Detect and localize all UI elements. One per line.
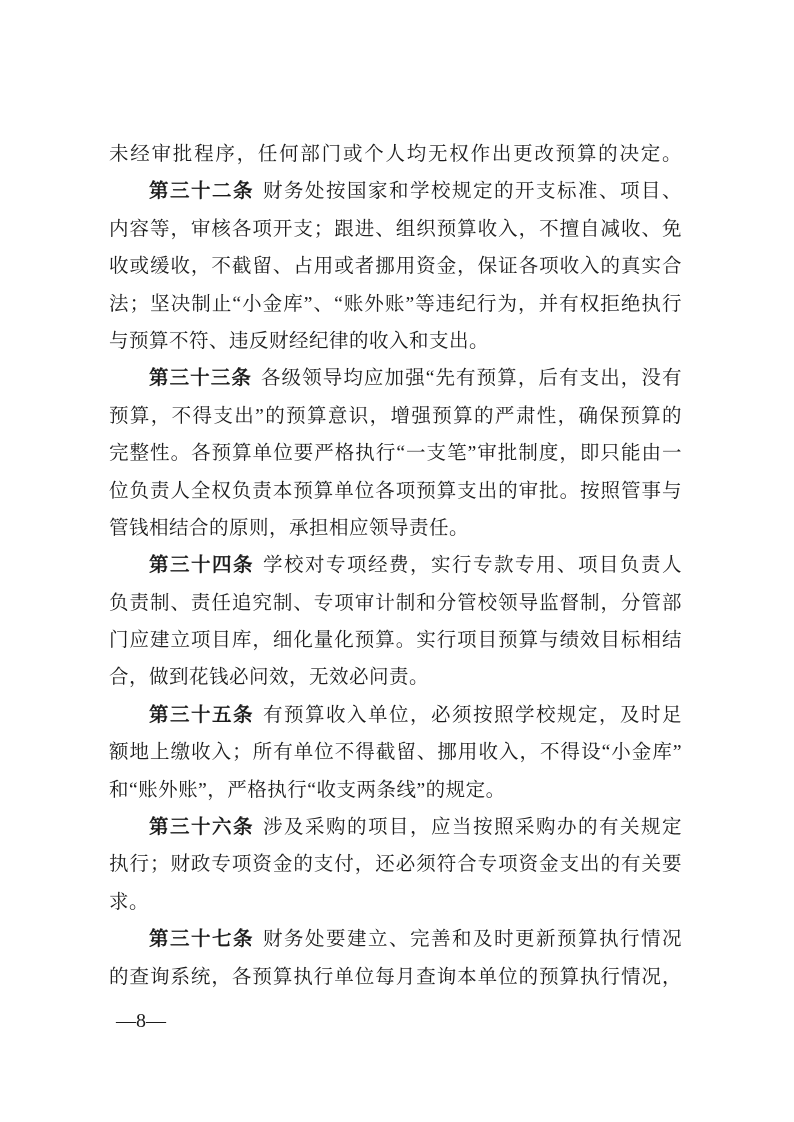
line-text: 管钱相结合的原则，承担相应领导责任。 [109, 518, 469, 539]
line-text: 财务处要建立、完善和及时更新预算执行情况 [263, 929, 682, 950]
text-line: 位负责人全权负责本预算单位各项预算支出的审批。按照管事与 [109, 473, 682, 510]
text-line: 第三十七条财务处要建立、完善和及时更新预算执行情况 [109, 921, 682, 958]
text-line: 第三十三条各级领导均应加强“先有预算，后有支出，没有 [109, 360, 682, 397]
line-text: 的查询系统，各预算执行单位每月查询本单位的预算执行情况， [109, 967, 682, 988]
paragraph: 第三十二条财务处按国家和学校规定的开支标准、项目、内容等，审核各项开支；跟进、组… [109, 173, 682, 360]
line-text: 门应建立项目库，细化量化预算。实行项目预算与绩效目标相结 [109, 630, 682, 651]
paragraph: 第三十六条涉及采购的项目，应当按照采购办的有关规定执行；财政专项资金的支付，还必… [109, 809, 682, 921]
line-text: 内容等，审核各项开支；跟进、组织预算收入，不擅自减收、免 [109, 219, 682, 240]
text-line: 第三十二条财务处按国家和学校规定的开支标准、项目、 [109, 173, 682, 210]
text-line: 的查询系统，各预算执行单位每月查询本单位的预算执行情况， [109, 959, 682, 996]
line-text: 与预算不符、违反财经纪律的收入和支出。 [109, 331, 489, 352]
paragraph: 第三十三条各级领导均应加强“先有预算，后有支出，没有预算，不得支出”的预算意识，… [109, 360, 682, 547]
text-line: 收或缓收，不截留、占用或者挪用资金，保证各项收入的真实合 [109, 248, 682, 285]
line-text: 各级领导均应加强“先有预算，后有支出，没有 [261, 368, 682, 389]
text-line: 与预算不符、违反财经纪律的收入和支出。 [109, 323, 682, 360]
paragraph: 第三十五条有预算收入单位，必须按照学校规定，及时足额地上缴收入；所有单位不得截留… [109, 697, 682, 809]
article-number: 第三十六条 [149, 817, 254, 838]
line-text: 学校对专项经费，实行专款专用、项目负责人 [263, 555, 682, 576]
text-line: 负责制、责任追究制、专项审计制和分管校领导监督制，分管部 [109, 585, 682, 622]
line-text: 和“账外账”，严格执行“收支两条线”的规定。 [109, 780, 506, 801]
line-text: 完整性。各预算单位要严格执行“一支笔”审批制度，即只能由一 [109, 443, 682, 464]
text-line: 第三十四条学校对专项经费，实行专款专用、项目负责人 [109, 547, 682, 584]
paragraph: 第三十四条学校对专项经费，实行专款专用、项目负责人负责制、责任追究制、专项审计制… [109, 547, 682, 697]
article-number: 第三十四条 [149, 555, 254, 576]
line-text: 收或缓收，不截留、占用或者挪用资金，保证各项收入的真实合 [109, 256, 682, 277]
text-line: 完整性。各预算单位要严格执行“一支笔”审批制度，即只能由一 [109, 435, 682, 472]
text-line: 额地上缴收入；所有单位不得截留、挪用收入，不得设“小金库” [109, 734, 682, 771]
text-line: 第三十六条涉及采购的项目，应当按照采购办的有关规定 [109, 809, 682, 846]
line-text: 合，做到花钱必问效，无效必问责。 [109, 667, 429, 688]
article-number: 第三十二条 [149, 181, 254, 202]
article-number: 第三十七条 [149, 929, 254, 950]
line-text: 预算，不得支出”的预算意识，增强预算的严肃性，确保预算的 [109, 406, 682, 427]
line-text: 涉及采购的项目，应当按照采购办的有关规定 [263, 817, 682, 838]
document-body: 未经审批程序，任何部门或个人均无权作出更改预算的决定。第三十二条财务处按国家和学… [109, 136, 682, 996]
line-text: 未经审批程序，任何部门或个人均无权作出更改预算的决定。 [109, 144, 682, 165]
line-text: 有预算收入单位，必须按照学校规定，及时足 [263, 705, 682, 726]
line-text: 法；坚决制止“小金库”、“账外账”等违纪行为，并有权拒绝执行 [109, 294, 682, 315]
article-number: 第三十三条 [149, 368, 252, 389]
line-text: 求。 [109, 892, 149, 913]
text-line: 法；坚决制止“小金库”、“账外账”等违纪行为，并有权拒绝执行 [109, 286, 682, 323]
text-line: 门应建立项目库，细化量化预算。实行项目预算与绩效目标相结 [109, 622, 682, 659]
line-text: 执行；财政专项资金的支付，还必须符合专项资金支出的有关要 [109, 854, 682, 875]
text-line: 求。 [109, 884, 682, 921]
text-line: 未经审批程序，任何部门或个人均无权作出更改预算的决定。 [109, 136, 682, 173]
article-number: 第三十五条 [149, 705, 254, 726]
text-line: 执行；财政专项资金的支付，还必须符合专项资金支出的有关要 [109, 846, 682, 883]
line-text: 位负责人全权负责本预算单位各项预算支出的审批。按照管事与 [109, 481, 682, 502]
text-line: 和“账外账”，严格执行“收支两条线”的规定。 [109, 772, 682, 809]
text-line: 内容等，审核各项开支；跟进、组织预算收入，不擅自减收、免 [109, 211, 682, 248]
document-page: 未经审批程序，任何部门或个人均无权作出更改预算的决定。第三十二条财务处按国家和学… [0, 0, 794, 1122]
text-line: 第三十五条有预算收入单位，必须按照学校规定，及时足 [109, 697, 682, 734]
line-text: 额地上缴收入；所有单位不得截留、挪用收入，不得设“小金库” [109, 742, 682, 763]
line-text: 负责制、责任追究制、专项审计制和分管校领导监督制，分管部 [109, 593, 682, 614]
text-line: 合，做到花钱必问效，无效必问责。 [109, 659, 682, 696]
line-text: 财务处按国家和学校规定的开支标准、项目、 [263, 181, 682, 202]
page-number: —8— [116, 1008, 166, 1034]
paragraph: 第三十七条财务处要建立、完善和及时更新预算执行情况的查询系统，各预算执行单位每月… [109, 921, 682, 996]
paragraph: 未经审批程序，任何部门或个人均无权作出更改预算的决定。 [109, 136, 682, 173]
text-line: 预算，不得支出”的预算意识，增强预算的严肃性，确保预算的 [109, 398, 682, 435]
text-line: 管钱相结合的原则，承担相应领导责任。 [109, 510, 682, 547]
